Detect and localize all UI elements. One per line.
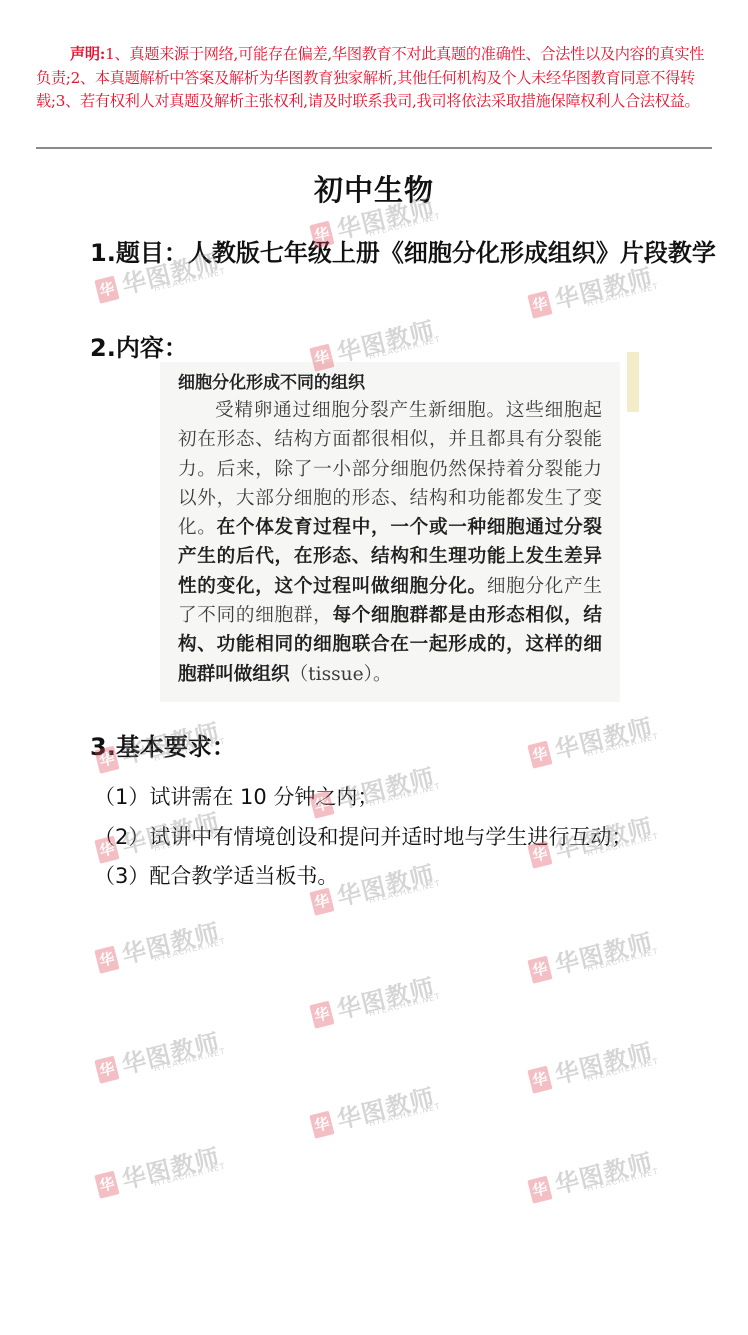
watermark: 华华图教师HTEACHER.NET xyxy=(524,1133,681,1216)
requirement-item: （2）试讲中有情境创设和提问并适时地与学生进行互动； xyxy=(94,818,632,858)
disclaimer-lead: 声明: xyxy=(70,45,105,63)
watermark: 华华图教师HTEACHER.NET xyxy=(306,1068,463,1151)
divider xyxy=(36,147,712,149)
watermark-logo-icon: 华 xyxy=(309,1001,334,1029)
watermark-logo-icon: 华 xyxy=(527,291,552,319)
excerpt-text: （tissue）。 xyxy=(290,664,392,685)
disclaimer-text: 1、真题来源于网络,可能存在偏差,华图教育不对此真题的准确性、合法性以及内容的真… xyxy=(36,45,704,110)
excerpt-body: 受精卵通过细胞分裂产生新细胞。这些细胞起初在形态、结构方面都很相似，并且都具有分… xyxy=(178,396,602,689)
watermark-logo-icon: 华 xyxy=(527,1176,552,1204)
watermark: 华华图教师HTEACHER.NET xyxy=(306,958,463,1041)
content-heading: 2.内容： xyxy=(90,328,188,363)
requirement-item: （1）试讲需在 10 分钟之内； xyxy=(94,778,632,818)
requirement-item: （3）配合教学适当板书。 xyxy=(94,857,632,897)
watermark: 华华图教师HTEACHER.NET xyxy=(524,1023,681,1106)
watermark-logo-icon: 华 xyxy=(94,1056,119,1084)
watermark-logo-icon: 华 xyxy=(94,276,119,304)
disclaimer: 声明:1、真题来源于网络,可能存在偏差,华图教育不对此真题的准确性、合法性以及内… xyxy=(36,43,712,114)
watermark: 华华图教师HTEACHER.NET xyxy=(91,903,248,986)
topic-heading: 1.题目：人教版七年级上册《细胞分化形成组织》片段教学 xyxy=(36,229,726,278)
document-title: 初中生物 xyxy=(0,168,748,209)
requirements-list: （1）试讲需在 10 分钟之内； （2）试讲中有情境创设和提问并适时地与学生进行… xyxy=(94,778,632,897)
watermark-logo-icon: 华 xyxy=(527,956,552,984)
watermark: 华华图教师HTEACHER.NET xyxy=(524,698,681,781)
watermark: 华华图教师HTEACHER.NET xyxy=(91,1013,248,1096)
watermark: 华华图教师HTEACHER.NET xyxy=(91,1128,248,1211)
watermark-logo-icon: 华 xyxy=(309,1111,334,1139)
requirements-heading: 3.基本要求： xyxy=(90,727,236,762)
watermark-logo-icon: 华 xyxy=(94,1171,119,1199)
textbook-excerpt-image: 细胞分化形成不同的组织 受精卵通过细胞分裂产生新细胞。这些细胞起初在形态、结构方… xyxy=(160,362,620,702)
page-tab-strip xyxy=(627,352,639,412)
watermark: 华华图教师HTEACHER.NET xyxy=(524,913,681,996)
excerpt-title: 细胞分化形成不同的组织 xyxy=(178,368,365,393)
watermark-logo-icon: 华 xyxy=(527,1066,552,1094)
watermark-logo-icon: 华 xyxy=(527,741,552,769)
watermark-logo-icon: 华 xyxy=(94,946,119,974)
